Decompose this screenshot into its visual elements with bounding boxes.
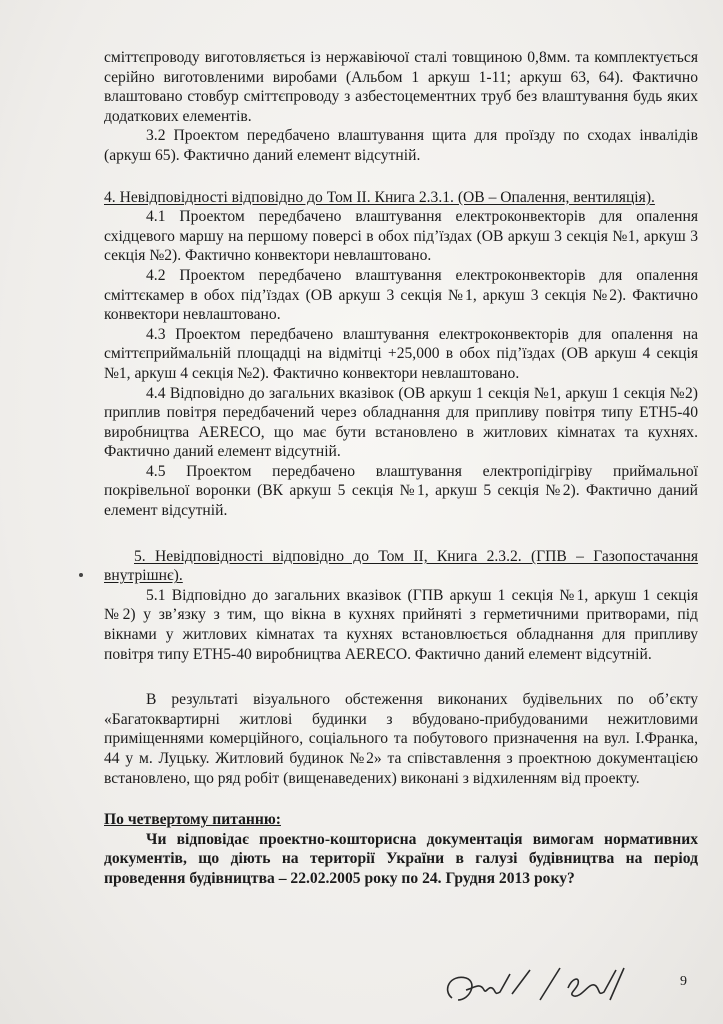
item-5-1: 5.1 Відповідно до загальних вказівок (ГП…: [104, 586, 698, 664]
document-body: сміттєпроводу виготовляється із нержавію…: [104, 48, 698, 889]
scan-speck: [79, 573, 83, 577]
question-4-heading: По четвертому питанню:: [104, 810, 698, 830]
page-number: 9: [680, 974, 687, 990]
paragraph-garbage-chute: сміттєпроводу виготовляється із нержавію…: [104, 48, 698, 126]
item-4-4: 4.4 Відповідно до загальних вказівок (ОВ…: [104, 384, 698, 462]
item-4-1: 4.1 Проектом передбачено влаштування еле…: [104, 207, 698, 266]
document-page: сміттєпроводу виготовляється із нержавію…: [0, 0, 723, 1024]
item-4-5: 4.5 Проектом передбачено влаштування еле…: [104, 462, 698, 521]
section-4-heading: 4. Невідповідності відповідно до Том ІІ.…: [104, 188, 698, 208]
section-5-heading: 5. Невідповідності відповідно до Том ІІ,…: [104, 547, 698, 586]
signature-image: [440, 960, 660, 1010]
paragraph-3-2: 3.2 Проектом передбачено влаштування щит…: [104, 126, 698, 165]
item-4-2: 4.2 Проектом передбачено влаштування еле…: [104, 266, 698, 325]
conclusion-paragraph: В результаті візуального обстеження вико…: [104, 690, 698, 788]
question-4-text: Чи відповідає проектно-кошторисна докуме…: [104, 830, 698, 889]
item-4-3: 4.3 Проектом передбачено влаштування еле…: [104, 325, 698, 384]
